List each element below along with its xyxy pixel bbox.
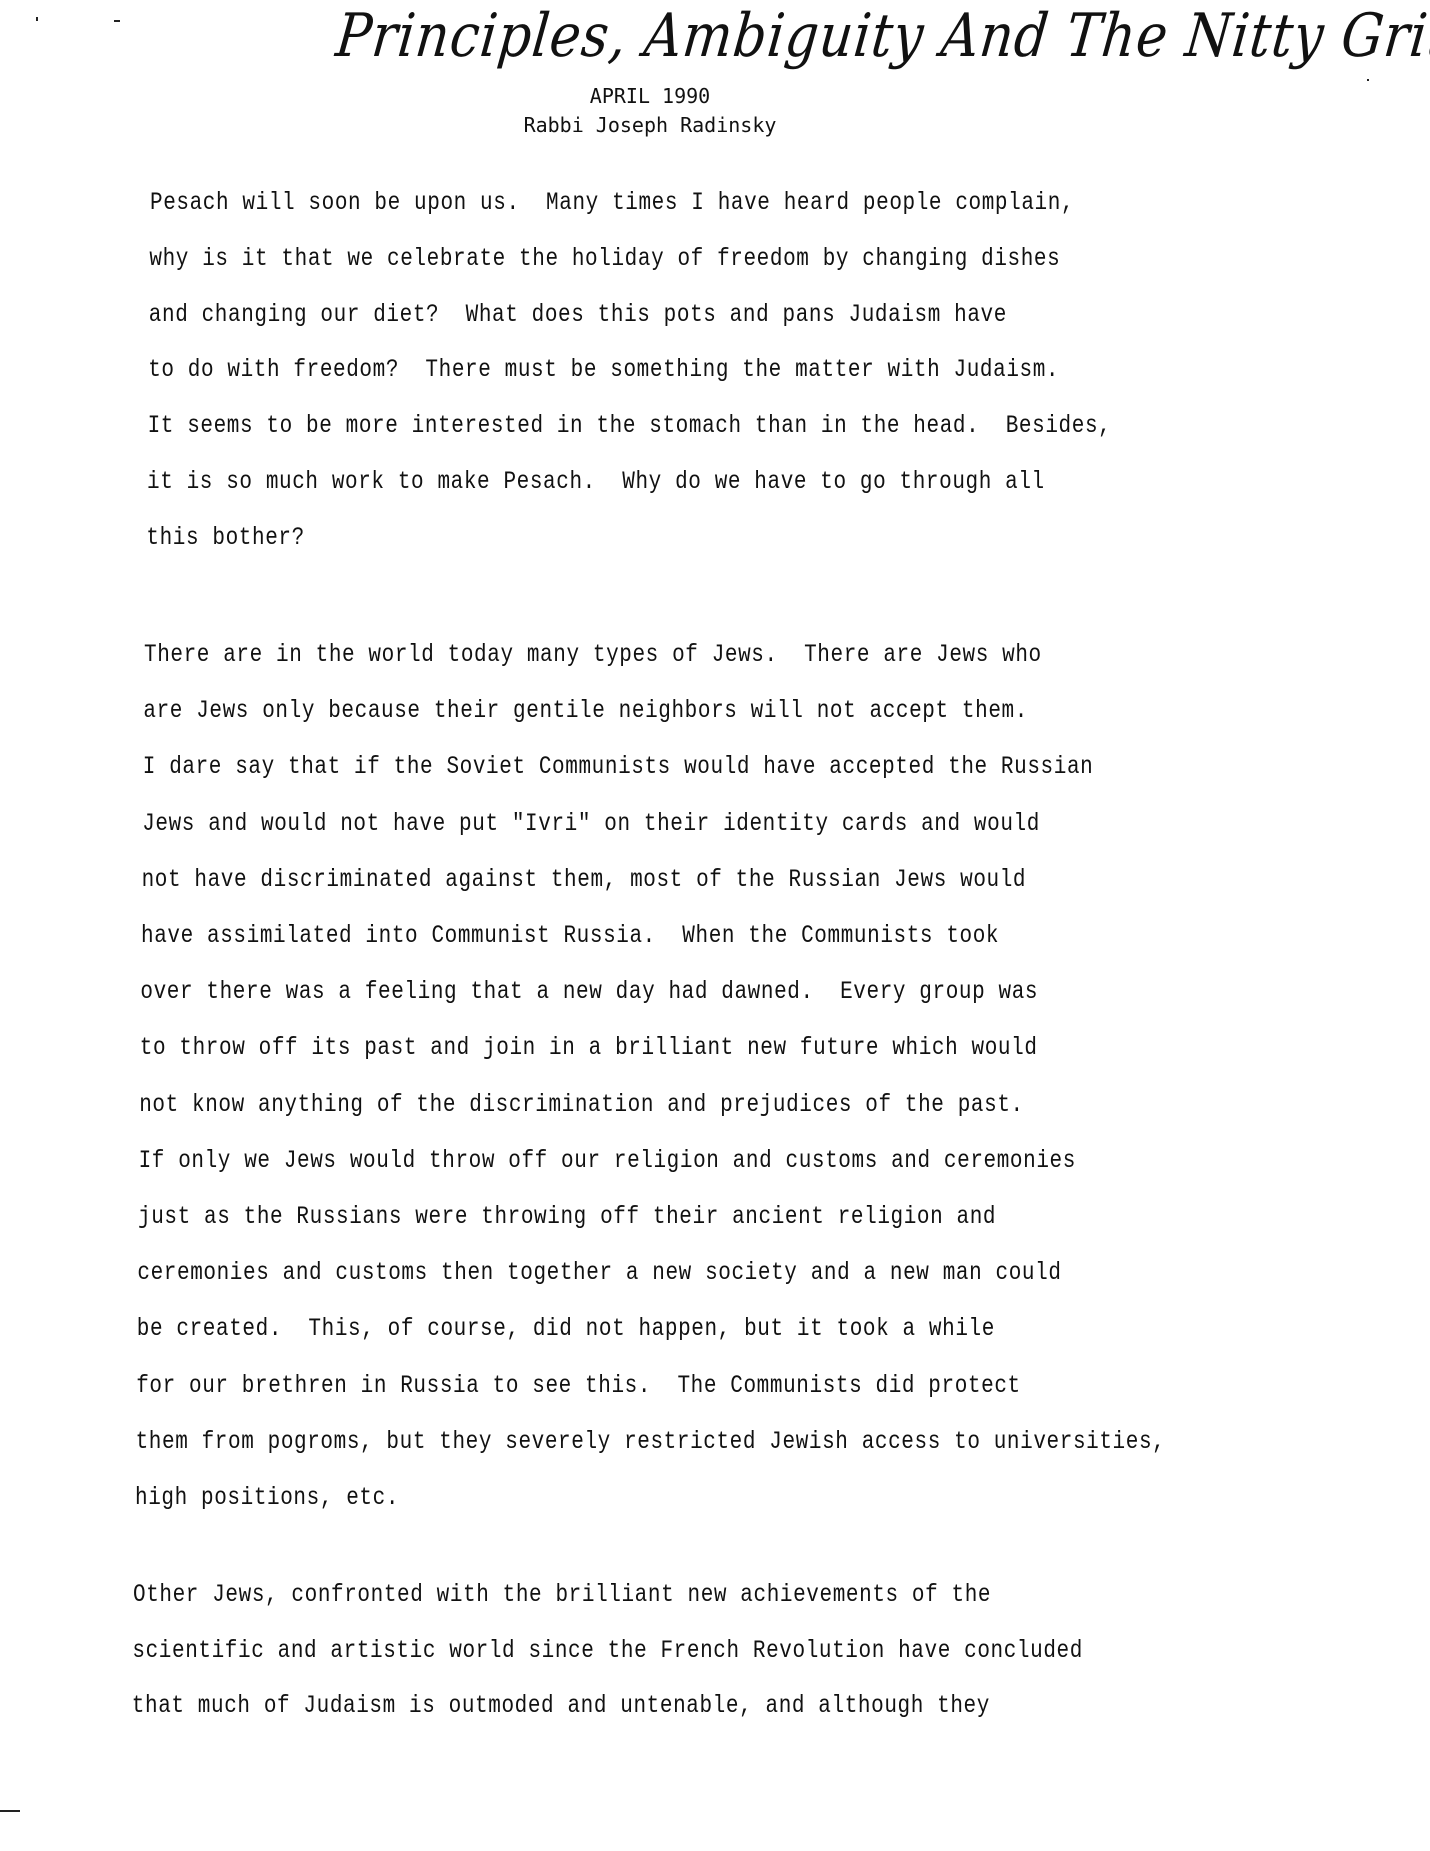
document-date: APRIL 1990	[0, 84, 1300, 108]
text-line: Other Jews, confronted with the brillian…	[133, 1582, 991, 1609]
text-line: be created. This, of course, did not hap…	[137, 1316, 995, 1343]
text-line: and changing our diet? What does this po…	[149, 302, 1007, 329]
document-author: Rabbi Joseph Radinsky	[0, 113, 1300, 137]
text-line: for our brethren in Russia to see this. …	[136, 1373, 1021, 1400]
text-line: scientific and artistic world since the …	[132, 1638, 1083, 1665]
text-line: I dare say that if the Soviet Communists…	[143, 754, 1094, 781]
text-line: ceremonies and customs then together a n…	[137, 1260, 1061, 1287]
text-line: it is so much work to make Pesach. Why d…	[147, 469, 1045, 496]
text-line: to throw off its past and join in a bril…	[140, 1035, 1038, 1062]
text-line: Pesach will soon be upon us. Many times …	[150, 190, 1074, 217]
scan-speck	[114, 20, 120, 22]
scanned-document-page: Principles, Ambiguity And The Nitty Grit…	[0, 0, 1430, 1851]
text-line: If only we Jews would throw off our reli…	[139, 1148, 1076, 1175]
text-line: are Jews only because their gentile neig…	[143, 698, 1028, 725]
text-line: high positions, etc.	[135, 1485, 399, 1512]
text-line: them from pogroms, but they severely res…	[136, 1429, 1166, 1456]
scan-speck	[0, 1810, 20, 1812]
scan-speck	[1367, 79, 1369, 81]
text-line: why is it that we celebrate the holiday …	[149, 246, 1060, 273]
text-line: There are in the world today many types …	[144, 642, 1042, 669]
scan-speck	[36, 17, 38, 21]
text-line: have assimilated into Communist Russia. …	[141, 923, 999, 950]
text-line: this bother?	[146, 525, 304, 552]
text-line: to do with freedom? There must be someth…	[148, 357, 1059, 384]
text-line: not know anything of the discrimination …	[139, 1092, 1024, 1119]
text-line: over there was a feeling that a new day …	[140, 979, 1038, 1006]
text-line: not have discriminated against them, mos…	[142, 867, 1027, 894]
text-line: just as the Russians were throwing off t…	[138, 1204, 996, 1231]
text-line: It seems to be more interested in the st…	[148, 413, 1112, 440]
text-line: Jews and would not have put "Ivri" on th…	[142, 811, 1040, 838]
text-line: that much of Judaism is outmoded and unt…	[132, 1693, 990, 1720]
